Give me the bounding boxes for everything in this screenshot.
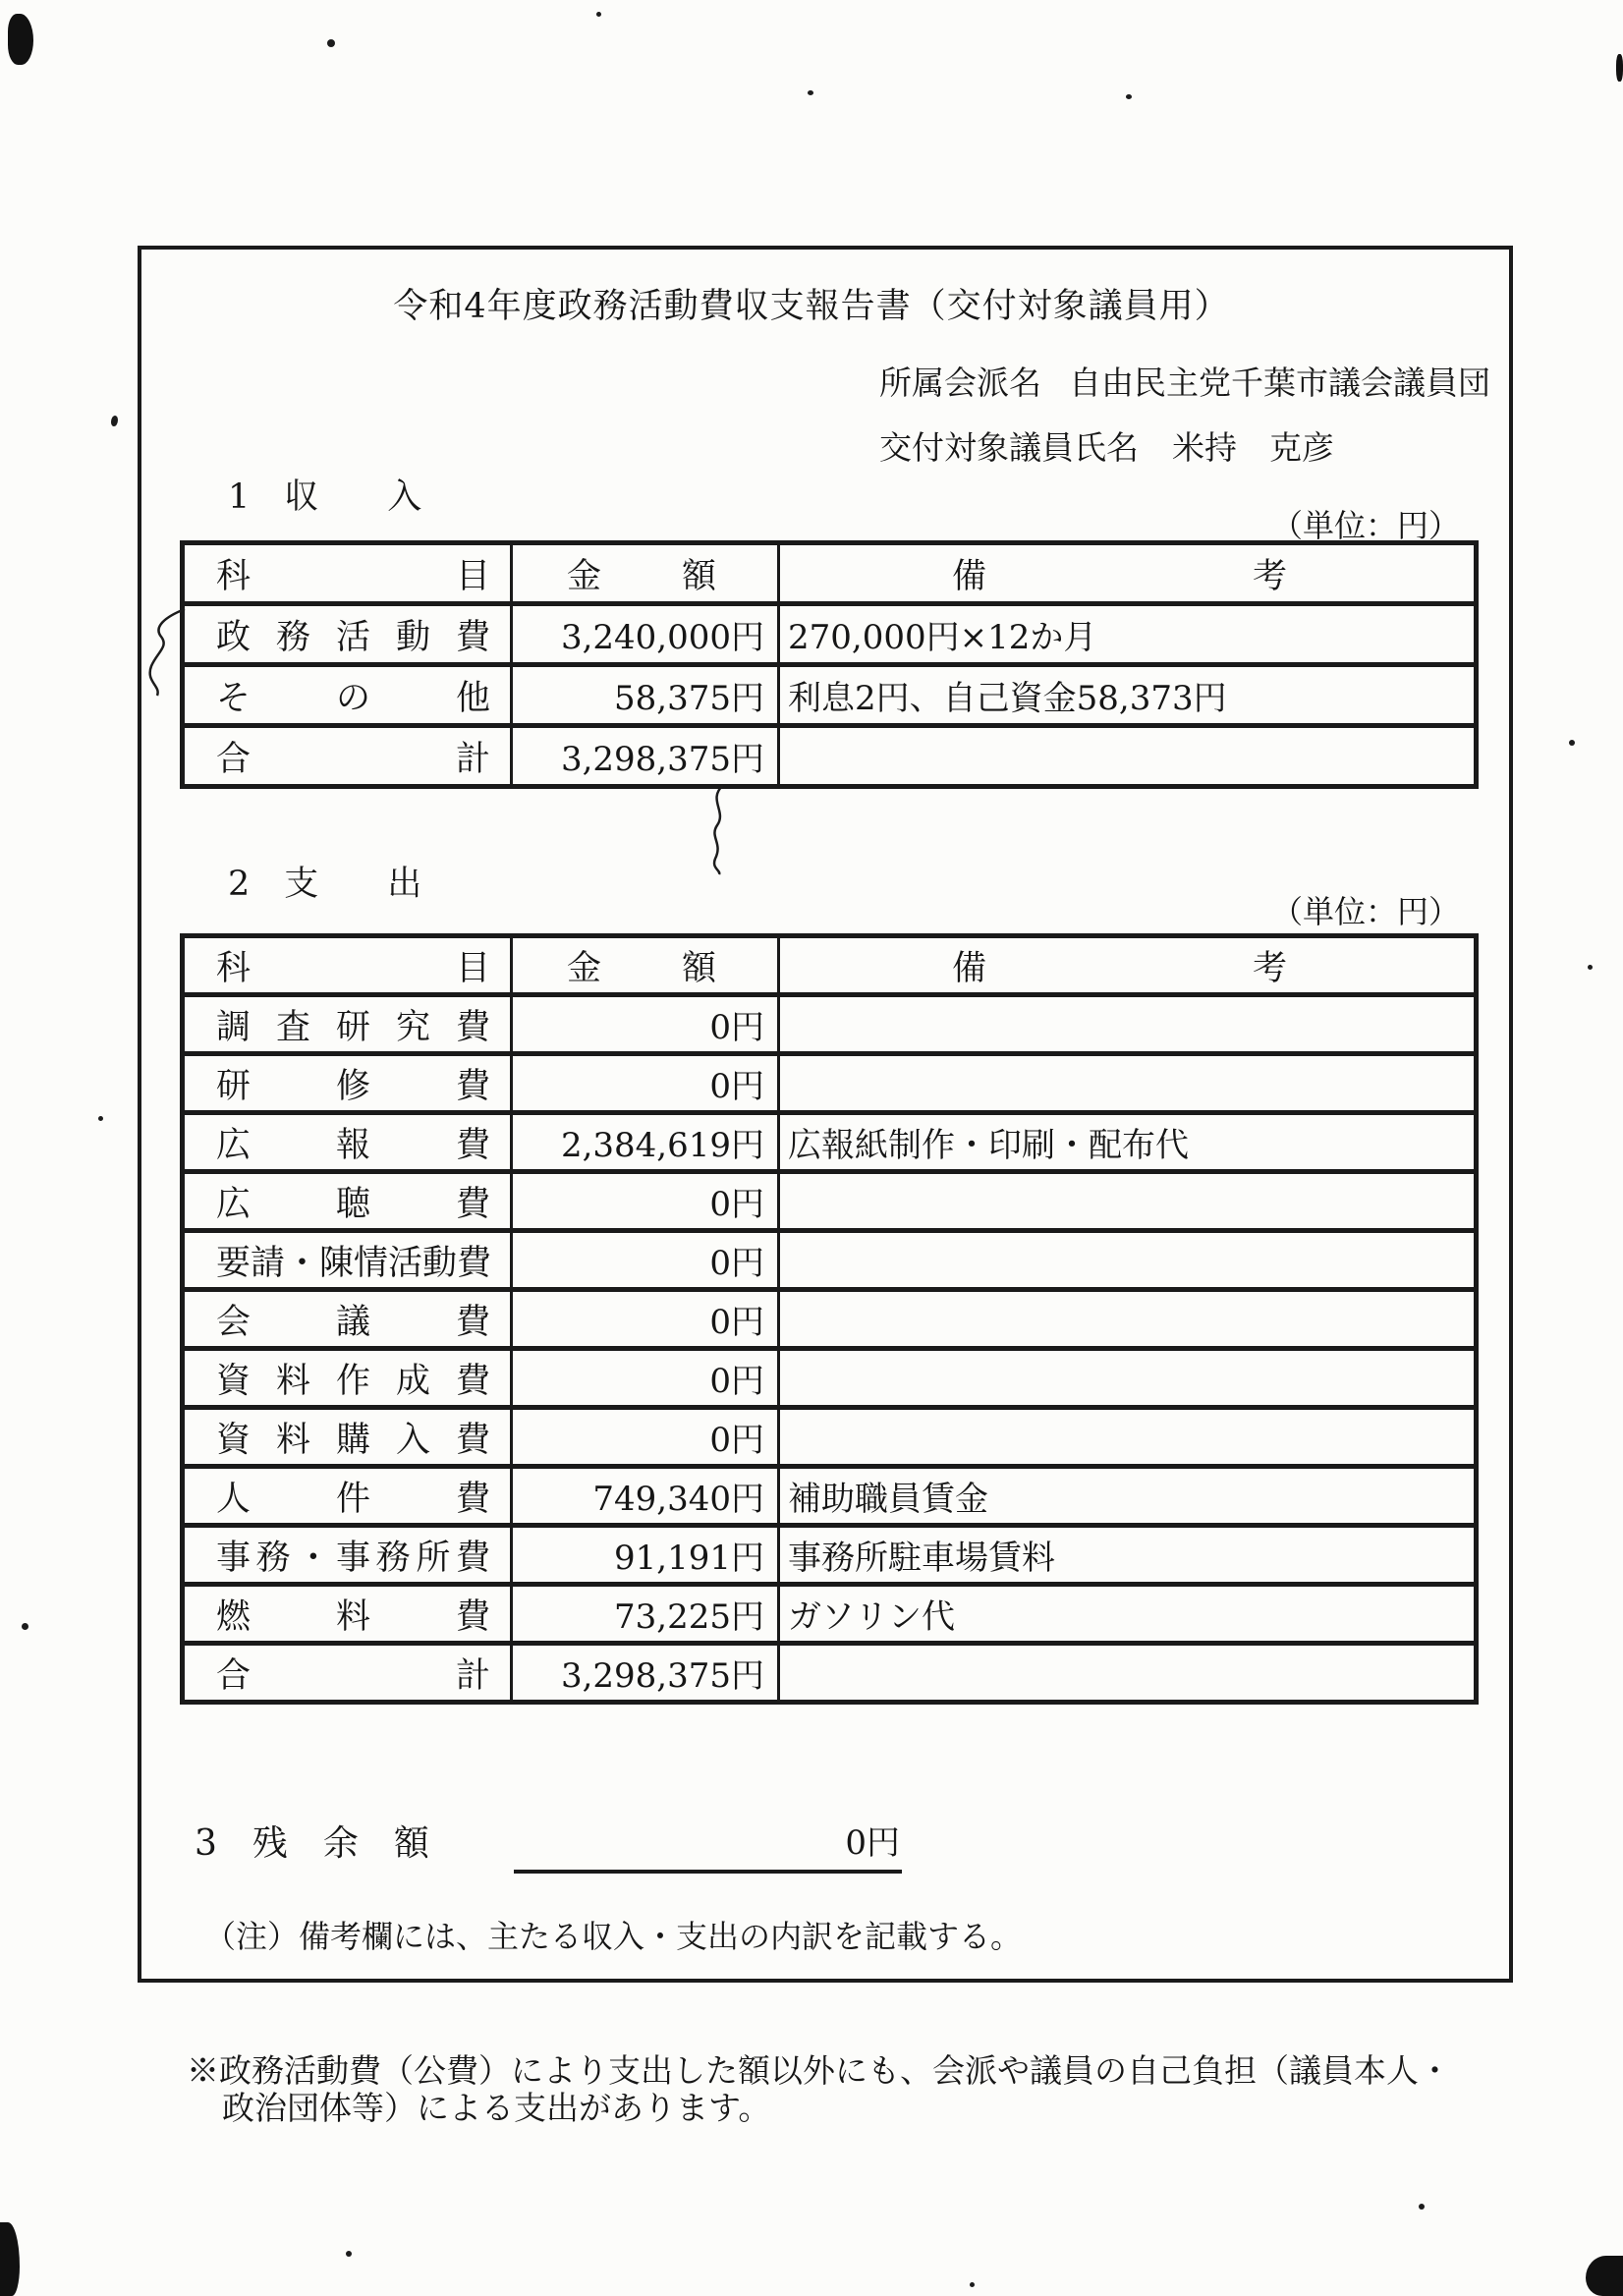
row-subject: 資料作成費	[183, 1349, 512, 1408]
row-subject: 広聴費	[183, 1172, 512, 1231]
row-remarks: ガソリン代	[779, 1585, 1477, 1644]
table-row: 合計 3,298,375円	[183, 726, 1477, 787]
row-amount: 0円	[512, 1290, 779, 1349]
row-amount: 91,191円	[512, 1526, 779, 1585]
row-amount: 3,298,375円	[512, 1644, 779, 1703]
row-amount: 2,384,619円	[512, 1113, 779, 1172]
member-label: 交付対象議員氏名	[879, 428, 1139, 467]
row-subject: 燃料費	[183, 1585, 512, 1644]
table-row: 要請・陳情活動費 0円	[183, 1231, 1477, 1290]
table-row: 調査研究費 0円	[183, 995, 1477, 1054]
row-remarks	[779, 1172, 1477, 1231]
row-remarks	[779, 995, 1477, 1054]
table-row: 事務・事務所費 91,191円 事務所駐車場賃料	[183, 1526, 1477, 1585]
table-row: 広聴費 0円	[183, 1172, 1477, 1231]
faction-value: 自由民主党千葉市議会議員団	[1069, 364, 1490, 402]
row-remarks	[779, 1290, 1477, 1349]
row-amount: 0円	[512, 995, 779, 1054]
row-amount: 749,340円	[512, 1467, 779, 1526]
income-table-body: 政務活動費 3,240,000円 270,000円×12か月 その他 58,37…	[183, 604, 1477, 787]
row-subject: 人件費	[183, 1467, 512, 1526]
scan-speck-artifact	[346, 2251, 352, 2257]
scan-squiggle-artifact	[694, 782, 739, 876]
row-amount: 0円	[512, 1408, 779, 1467]
table-row: 合計 3,298,375円	[183, 1644, 1477, 1703]
row-remarks	[779, 1644, 1477, 1703]
scan-speck-artifact	[808, 90, 813, 95]
row-amount: 0円	[512, 1231, 779, 1290]
row-remarks: 広報紙制作・印刷・配布代	[779, 1113, 1477, 1172]
row-remarks: 補助職員賃金	[779, 1467, 1477, 1526]
scan-speck-artifact	[596, 12, 601, 17]
row-remarks	[779, 726, 1477, 787]
expense-section-heading: 2 支 出	[228, 857, 421, 906]
faction-label: 所属会派名	[879, 364, 1041, 402]
page-title: 令和4年度政務活動費収支報告書（交付対象議員用）	[0, 279, 1623, 328]
row-remarks	[779, 1231, 1477, 1290]
row-subject: 合計	[183, 726, 512, 787]
expense-table: 科目 金額 備考 調査研究費 0円 研修費 0円 広報費 2,384,619円 …	[180, 933, 1479, 1705]
row-subject: 広報費	[183, 1113, 512, 1172]
row-amount: 58,375円	[512, 665, 779, 726]
scan-squiggle-artifact	[145, 607, 196, 698]
income-header-remarks: 備考	[779, 543, 1477, 604]
row-amount: 0円	[512, 1172, 779, 1231]
scan-speck-artifact	[22, 1623, 28, 1630]
scan-speck-artifact	[1126, 94, 1132, 99]
row-remarks	[779, 1408, 1477, 1467]
scan-blob-artifact	[0, 2222, 20, 2296]
table-row: 政務活動費 3,240,000円 270,000円×12か月	[183, 604, 1477, 665]
scan-speck-artifact	[111, 416, 118, 426]
income-section-heading: 1 収 入	[228, 470, 421, 519]
row-subject: 政務活動費	[183, 604, 512, 665]
scan-speck-artifact	[1588, 965, 1593, 970]
expense-header-subject: 科目	[183, 936, 512, 995]
row-subject: 要請・陳情活動費	[183, 1231, 512, 1290]
row-subject: 資料購入費	[183, 1408, 512, 1467]
scan-blob-artifact	[1586, 2256, 1623, 2296]
row-amount: 0円	[512, 1054, 779, 1113]
row-amount: 0円	[512, 1349, 779, 1408]
remainder-underline	[514, 1870, 902, 1874]
expense-header-remarks: 備考	[779, 936, 1477, 995]
table-row: 資料作成費 0円	[183, 1349, 1477, 1408]
table-row: 資料購入費 0円	[183, 1408, 1477, 1467]
footer-note-line2: 政治団体等）による支出があります。	[222, 2083, 770, 2129]
row-subject: 合計	[183, 1644, 512, 1703]
row-amount: 73,225円	[512, 1585, 779, 1644]
row-subject: 会議費	[183, 1290, 512, 1349]
income-table: 科目 金額 備考 政務活動費 3,240,000円 270,000円×12か月 …	[180, 540, 1479, 789]
table-row: 人件費 749,340円 補助職員賃金	[183, 1467, 1477, 1526]
row-remarks	[779, 1054, 1477, 1113]
scan-blob-artifact	[1616, 54, 1623, 82]
remainder-section-heading: 3 残 余 額	[195, 1816, 429, 1866]
scan-speck-artifact	[970, 2282, 975, 2287]
row-remarks: 270,000円×12か月	[779, 604, 1477, 665]
expense-header-row: 科目 金額 備考	[183, 936, 1477, 995]
row-amount: 3,240,000円	[512, 604, 779, 665]
row-amount: 3,298,375円	[512, 726, 779, 787]
table-row: その他 58,375円 利息2円、自己資金58,373円	[183, 665, 1477, 726]
table-row: 広報費 2,384,619円 広報紙制作・印刷・配布代	[183, 1113, 1477, 1172]
scan-speck-artifact	[1419, 2204, 1425, 2210]
remainder-amount: 0円	[688, 1816, 900, 1864]
income-header-subject: 科目	[183, 543, 512, 604]
row-subject: 調査研究費	[183, 995, 512, 1054]
expense-header-amount: 金額	[512, 936, 779, 995]
table-row: 研修費 0円	[183, 1054, 1477, 1113]
row-remarks	[779, 1349, 1477, 1408]
expense-table-body: 調査研究費 0円 研修費 0円 広報費 2,384,619円 広報紙制作・印刷・…	[183, 995, 1477, 1703]
member-line: 交付対象議員氏名米持 克彦	[879, 422, 1334, 469]
scan-blob-artifact	[8, 14, 33, 65]
expense-unit-note: （単位：円）	[1271, 887, 1460, 932]
table-row: 会議費 0円	[183, 1290, 1477, 1349]
row-remarks: 利息2円、自己資金58,373円	[779, 665, 1477, 726]
scanned-report-page: 令和4年度政務活動費収支報告書（交付対象議員用） 所属会派名自由民主党千葉市議会…	[0, 0, 1623, 2296]
row-remarks: 事務所駐車場賃料	[779, 1526, 1477, 1585]
row-subject: その他	[183, 665, 512, 726]
scan-speck-artifact	[327, 39, 335, 47]
scan-speck-artifact	[98, 1116, 103, 1121]
row-subject: 研修費	[183, 1054, 512, 1113]
income-header-row: 科目 金額 備考	[183, 543, 1477, 604]
row-subject: 事務・事務所費	[183, 1526, 512, 1585]
member-value: 米持 克彦	[1172, 428, 1334, 467]
scan-speck-artifact	[1569, 740, 1575, 746]
box-note: （注）備考欄には、主たる収入・支出の内訳を記載する。	[204, 1912, 1022, 1957]
faction-line: 所属会派名自由民主党千葉市議会議員団	[879, 358, 1490, 404]
income-header-amount: 金額	[512, 543, 779, 604]
table-row: 燃料費 73,225円 ガソリン代	[183, 1585, 1477, 1644]
